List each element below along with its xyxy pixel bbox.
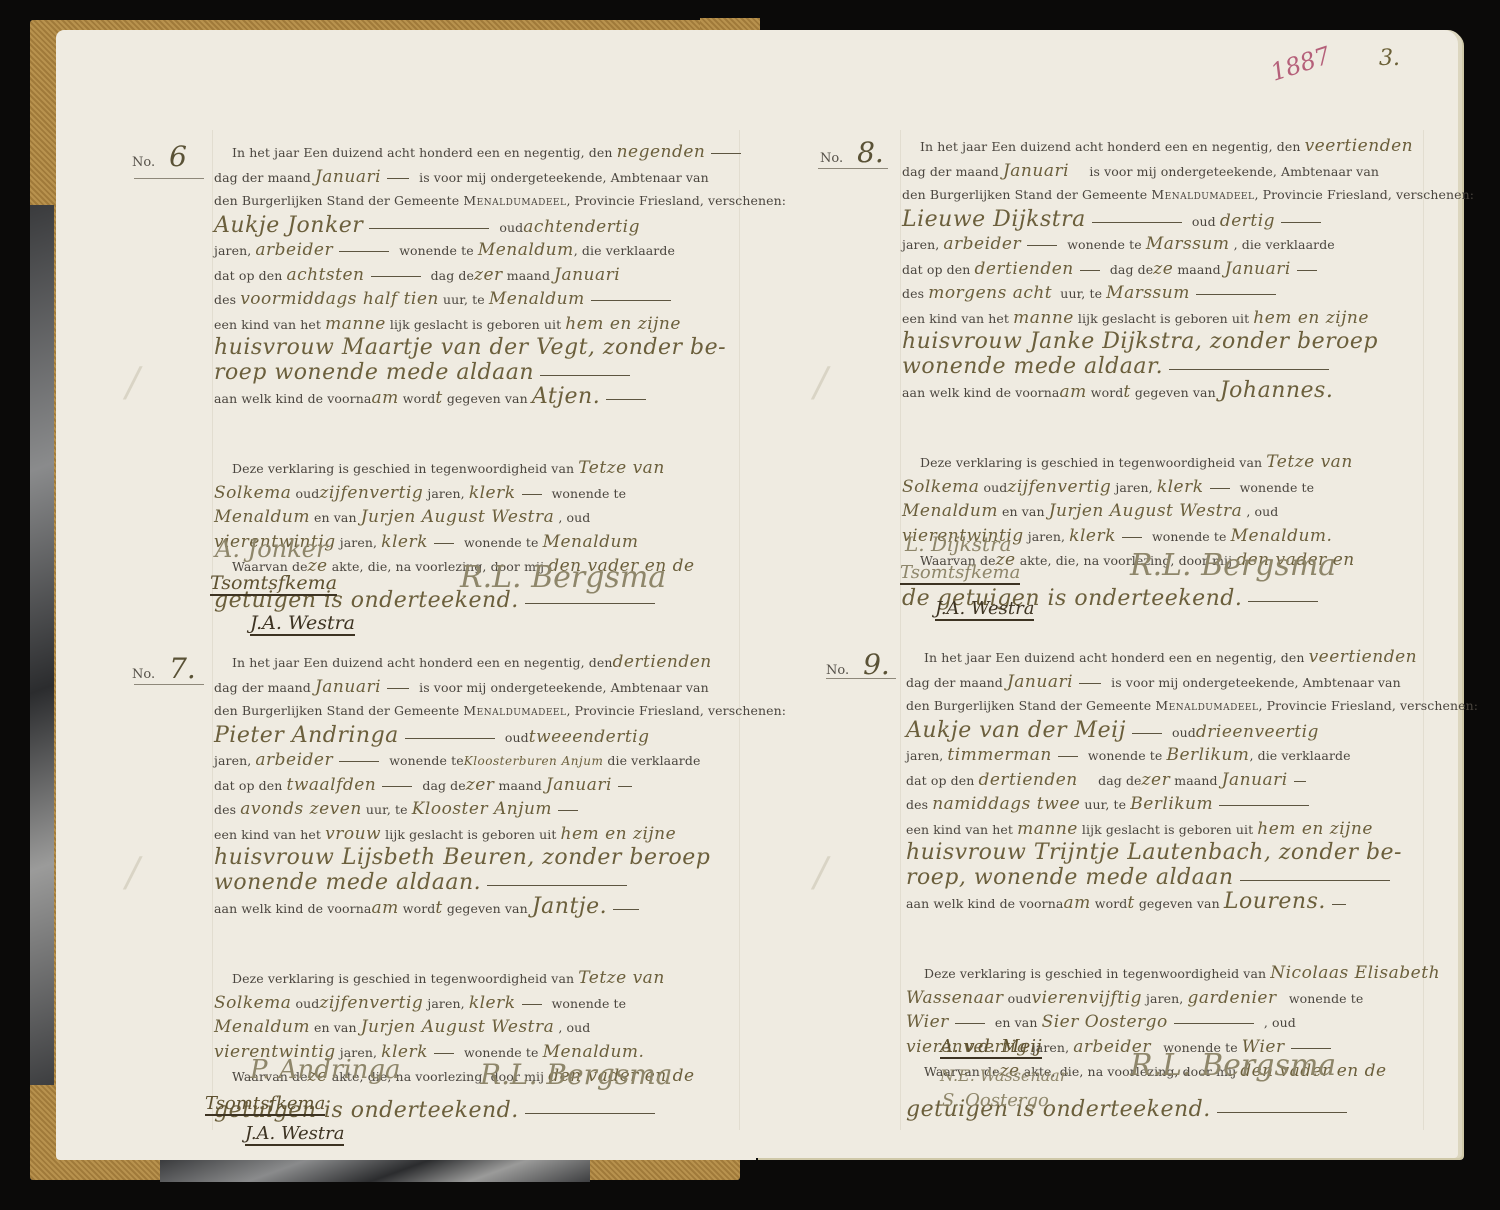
signature-witness-2: J.A. Westra — [250, 612, 355, 636]
entry-number: 7. — [169, 652, 196, 685]
entry-number-label: No.8. — [820, 136, 884, 169]
signature-registrar: R.L. Bergsma — [1130, 1048, 1336, 1083]
signature-witness-2: J.A. Westra — [245, 1123, 344, 1146]
signature-witness-1: Tsomtsfkema — [210, 572, 337, 596]
entry-number-label: No.9. — [826, 648, 890, 681]
entry-number: 6 — [169, 140, 187, 173]
child-name: Atjen. — [532, 384, 600, 409]
margin-mark: / — [126, 850, 139, 896]
margin-mark: / — [126, 360, 139, 406]
signature-witness-1: Tsomtsfkema — [205, 1093, 325, 1116]
signature-registrar: R.L. Bergsma — [460, 560, 666, 595]
entry-number-label: No.6 — [132, 140, 187, 173]
signature-witness-2: J.A. Westra — [935, 598, 1034, 621]
entry-number-rule — [818, 168, 888, 169]
entry-number: 8. — [857, 136, 884, 169]
signature-witness-1: Tsomtsfkema — [900, 562, 1020, 585]
book-cover-marble-bottom — [160, 1160, 590, 1182]
page-number: 3. — [1379, 46, 1400, 71]
signature-registrar: R.L. Bergsma — [480, 1058, 672, 1091]
margin-mark: / — [814, 360, 827, 406]
margin-mark: / — [814, 850, 827, 896]
entry-number-rule — [134, 684, 204, 685]
entry-number-rule — [826, 678, 896, 679]
child-name: Jantje. — [532, 894, 607, 919]
signature-witness-1: N.E. Wassenaar — [940, 1066, 1067, 1085]
entry-number-label: No.7. — [132, 652, 196, 685]
entry-number: 9. — [863, 648, 890, 681]
signature-declarant: A. v.d. Meij — [940, 1036, 1042, 1059]
signature-declarant: L. Dijkstra — [905, 532, 1012, 556]
signature-witness-2: S. Oostergo — [942, 1090, 1049, 1111]
signature-registrar: R.L. Bergsma — [1130, 548, 1336, 583]
birth-record-entry-7: In het jaar Een duizend acht honderd een… — [214, 650, 734, 1123]
child-name: Lourens. — [1224, 889, 1326, 914]
entry-number-rule — [134, 178, 204, 179]
signature-declarant: A. Jonker — [215, 535, 327, 563]
signature-declarant: P. Andringa — [250, 1055, 401, 1085]
child-name: Johannes. — [1220, 378, 1334, 403]
book-cover-marble-edge — [30, 205, 54, 1085]
